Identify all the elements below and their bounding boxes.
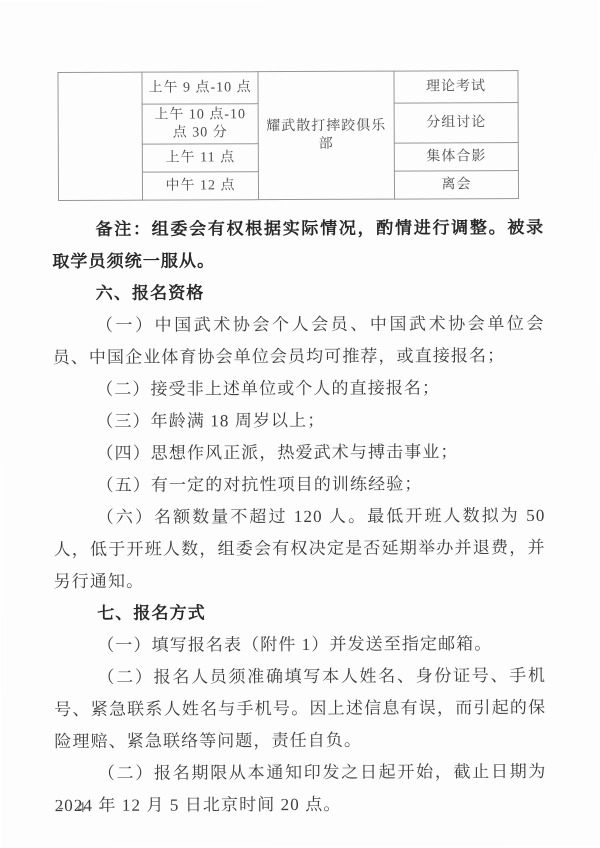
page-number: - 4 - bbox=[59, 800, 109, 817]
section7-item-1: （一）填写报名表（附件 1）并发送至指定邮箱。 bbox=[54, 628, 546, 662]
section6-item-5: （五）有一定的对抗性项目的训练经验； bbox=[53, 468, 545, 502]
section6-item-4: （四）思想作风正派，热爱武术与搏击事业； bbox=[53, 436, 545, 470]
table-cell-blank bbox=[58, 72, 143, 200]
table-cell-time: 上午 11 点 bbox=[142, 144, 258, 173]
section7-item-2: （二）报名人员须准确填写本人姓名、身份证号、手机号、紧急联系人姓名与手机号。因上… bbox=[54, 660, 546, 758]
section6-item-1: （一）中国武术协会个人会员、中国武术协会单位会员、中国企业体育协会单位会员均可推… bbox=[53, 308, 545, 374]
remark-paragraph: 备注：组委会有权根据实际情况，酌情进行调整。被录取学员须统一服从。 bbox=[52, 212, 544, 278]
section6-item-2: （二）接受非上述单位或个人的直接报名； bbox=[53, 372, 545, 406]
table-cell-activity: 理论考试 bbox=[394, 71, 518, 104]
section6-item-3: （三）年龄满 18 周岁以上； bbox=[53, 404, 545, 438]
table-cell-time: 上午 9 点-10 点 bbox=[142, 72, 258, 105]
document-page: 上午 9 点-10 点 耀武散打摔跤俱乐部 理论考试 上午 10 点-10 点 … bbox=[0, 0, 600, 848]
section-heading-7: 七、报名方式 bbox=[54, 596, 546, 630]
table-cell-activity: 离会 bbox=[394, 171, 518, 200]
schedule-table: 上午 9 点-10 点 耀武散打摔跤俱乐部 理论考试 上午 10 点-10 点 … bbox=[57, 70, 519, 201]
section7-item-3: （二）报名期限从本通知印发之日起开始，截止日期为 2024 年 12 月 5 日… bbox=[54, 756, 546, 822]
document-body: 备注：组委会有权根据实际情况，酌情进行调整。被录取学员须统一服从。 六、报名资格… bbox=[0, 212, 600, 823]
table-row: 上午 9 点-10 点 耀武散打摔跤俱乐部 理论考试 bbox=[58, 71, 518, 105]
section6-item-6: （六）名额数量不超过 120 人。最低开班人数拟为 50 人，低于开班人数，组委… bbox=[53, 500, 545, 598]
section-heading-6: 六、报名资格 bbox=[52, 276, 544, 310]
table-cell-activity: 集体合影 bbox=[394, 143, 518, 172]
table-cell-activity: 分组讨论 bbox=[394, 103, 518, 144]
table-cell-club: 耀武散打摔跤俱乐部 bbox=[258, 71, 395, 200]
table-cell-time: 上午 10 点-10 点 30 分 bbox=[142, 104, 258, 145]
table-cell-time: 中午 12 点 bbox=[142, 172, 258, 201]
